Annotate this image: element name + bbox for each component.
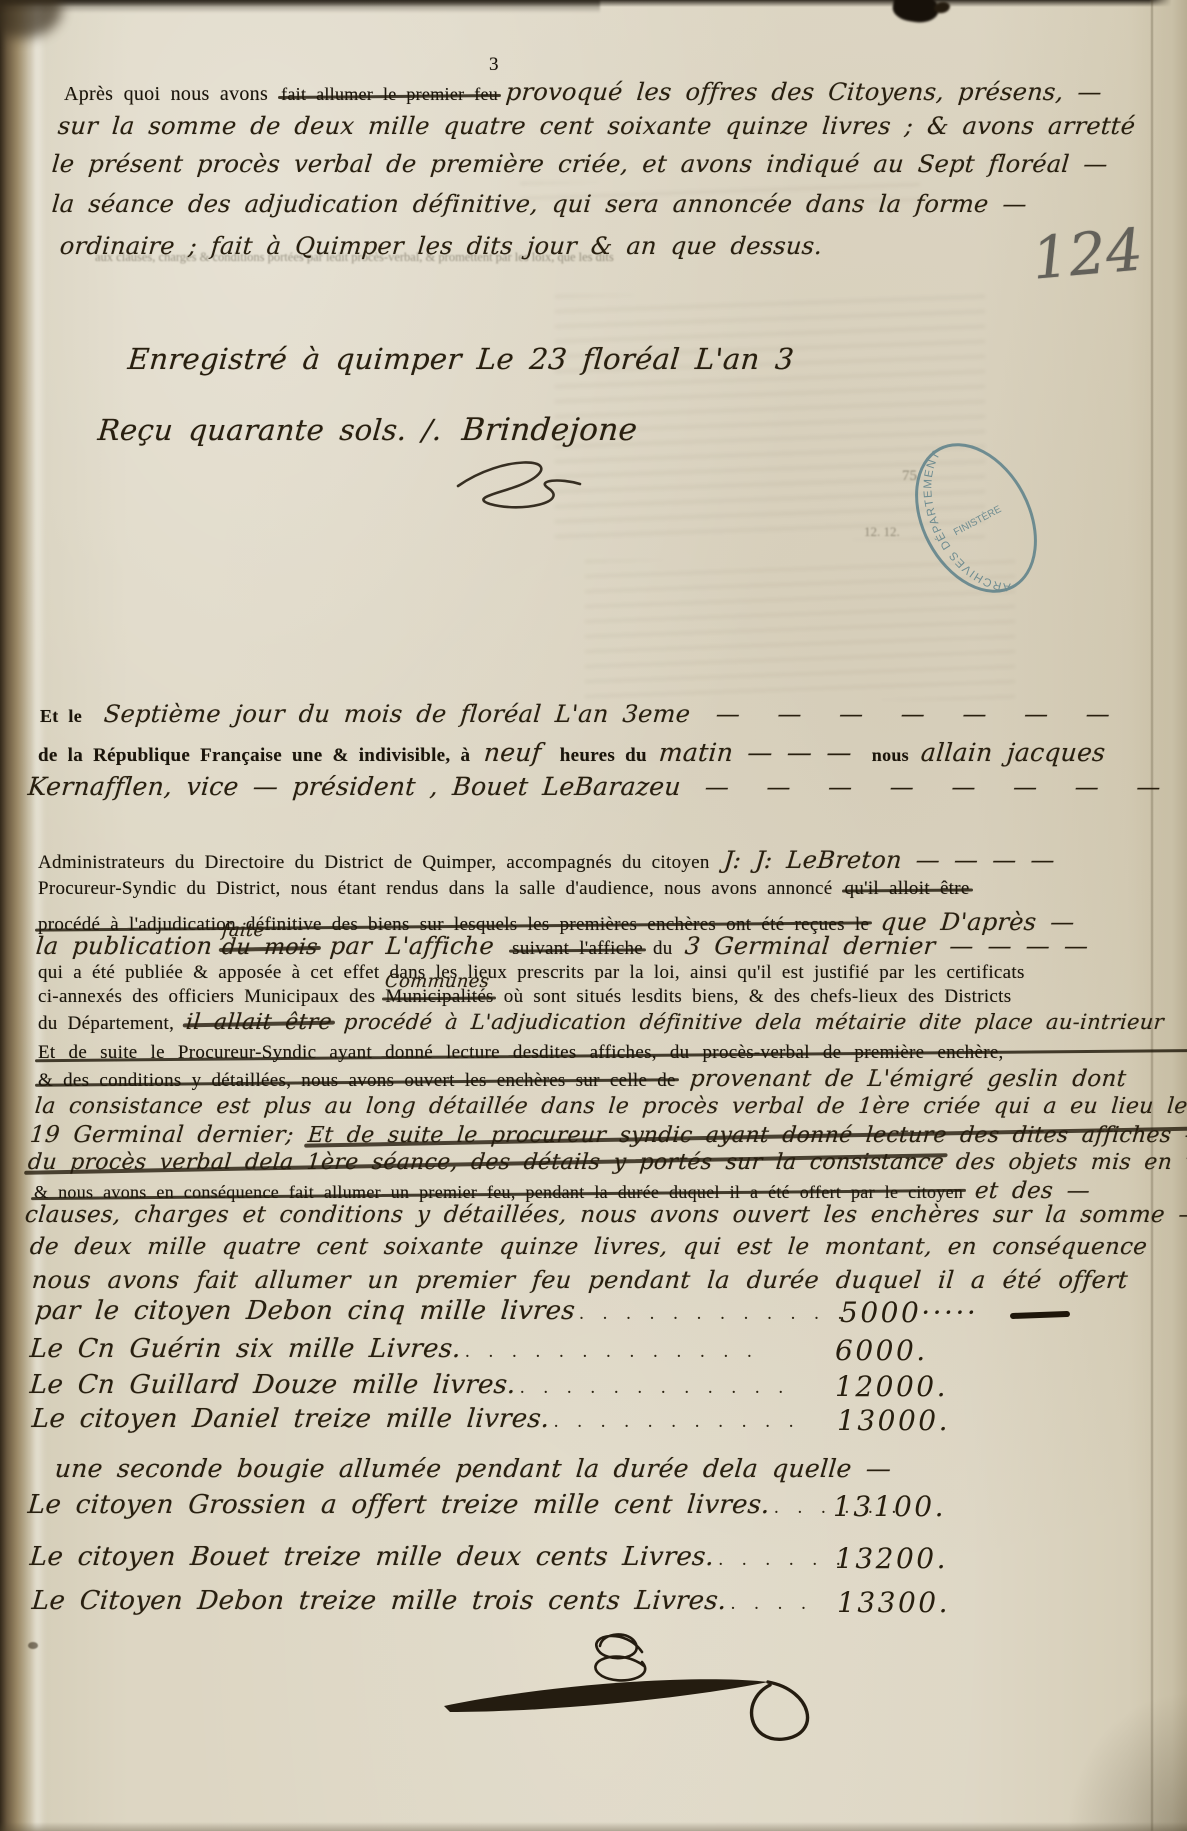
right-page-edge [1149,0,1187,1831]
printed-republique: de la République Française une & indivis… [38,745,470,766]
body-line-7: du Département, il allait être procédé à… [38,1010,1164,1035]
opening-handwritten: provoqué les offres des Citoyens, présen… [505,78,1103,106]
bid-label: Le citoyen Bouet treize mille deux cents… [29,1542,716,1572]
bid-row: Le Cn Guillard Douze mille livres. . . .… [30,1370,1130,1400]
bid-amount: 6000. [835,1334,928,1367]
body-hw: 3 Germinal dernier — — — — [683,932,1089,960]
bid-label: Le Cn Guillard Douze mille livres. [29,1370,518,1400]
opening-line-4: la séance des adjudication définitive, q… [51,190,1028,218]
right-edge-crease [1151,0,1153,1831]
dot-leaders: . . . . . . . . . . . . [579,1303,849,1324]
paraph-flourish [430,1622,890,1757]
hw-name-b: Kernafflen, vice — président , Bouet LeB… [27,772,682,801]
body-printed: Administrateurs du Directoire du Distric… [38,852,710,873]
body-line-4: la publication du mois faite par L'affic… [36,932,1088,960]
bid-amount: 12000. [835,1370,948,1403]
signature-flourish [440,452,600,514]
bid-amount: 13300. [837,1586,950,1619]
bottom-edge-shadow [0,1822,1187,1831]
corner-top-left-shadow [0,0,62,38]
body-line-11: 19 Germinal dernier; Et de suite le proc… [30,1122,1187,1148]
body-line-6: ci-annexés des officiers Municipaux des … [38,986,1011,1008]
hw-hour: neuf [483,738,543,767]
body-line-8: Et de suite le Procureur-Syndic ayant do… [38,1042,1187,1064]
inserted-word: Communes [384,971,490,992]
body-line-15: de deux mille quatre cent soixante quinz… [29,1234,1148,1260]
stamp-inner-text: FINISTÈRE [951,502,1004,538]
hw-matin: matin — — — [658,738,853,767]
bid-row: Le citoyen Bouet treize mille deux cents… [30,1542,1130,1572]
body-printed: du [653,938,673,959]
body-struck-hw: Et de suite le procureur syndic ayant do… [307,1123,1187,1148]
filler-dashes: — — — — — — — [715,700,1113,728]
date-line-2: de la République Française une & indivis… [38,738,1105,767]
body-hw: J: J: LeBreton — — — — [722,846,1055,874]
bid-row: Le Citoyen Debon treize mille trois cent… [32,1586,1132,1616]
paper-tear [891,0,941,25]
bid-label: Le Citoyen Debon treize mille trois cent… [31,1586,728,1616]
manuscript-page: aux clauses, charges & conditions portée… [0,0,1187,1831]
body-hw: la publication [35,932,214,960]
body-hw: des objets mis en vente [955,1150,1187,1175]
opening-line-3: le présent procès verbal de première cri… [51,150,1109,178]
printed-heures: heures du [560,745,647,766]
body-printed: du Département, [38,1013,174,1034]
hw-name-a: allain jacques [920,738,1107,767]
dot-leaders: . . . . . . [718,1549,847,1570]
body-struck-hw: du procès verbal dela 1ère séance, des d… [27,1150,945,1175]
bid-row: par le citoyen Debon cinq mille livres .… [35,1296,1135,1326]
body-struck: & des conditions y détaillées, nous avon… [38,1070,676,1091]
bid-amount: 5000····· [840,1296,978,1329]
body-line-5: qui a été publiée & apposée à cet effet … [38,962,1025,984]
dot-leaders: . . . . [731,1593,813,1614]
bid-row: Le Cn Guérin six mille Livres. . . . . .… [30,1334,1130,1364]
body-line-12: du procès verbal dela 1ère séance, des d… [28,1150,1187,1175]
bleedthrough-number-2: 12. 12. [864,524,900,540]
opening-struck-printed: fait allumer le premier feu [281,84,498,104]
bid-amount: 13100. [833,1490,946,1523]
sheet-number: 3 [489,54,499,76]
registration-line: Enregistré à quimper Le 23 floréal L'an … [127,342,796,376]
bid-label: Le citoyen Daniel treize mille livres. [31,1404,551,1434]
opening-line-2: sur la somme de deux mille quatre cent s… [57,112,1137,140]
hw-date: Septième jour du mois de floréal L'an 3e… [103,700,692,728]
corner-bottom-right-shadow [1057,1681,1187,1831]
body-line-2: Procureur-Syndic du District, nous étant… [38,878,970,900]
printed-et-le: Et le [40,706,82,726]
bid-label: Le Cn Guérin six mille Livres. [29,1334,463,1364]
dot-leaders: . . . . . . . . . . . . [520,1377,790,1398]
dot-leaders: . . . . . . . . . . . [554,1411,801,1432]
body-struck: qu'il alloit être [845,878,970,899]
bid-label: par le citoyen Debon cinq mille livres [34,1296,577,1326]
date-line-1: Et le Septième jour du mois de floréal L… [40,700,1112,728]
body-hw: et des — [974,1178,1091,1204]
body-line-1: Administrateurs du Directoire du Distric… [38,846,1055,874]
bid-row: Le citoyen Grossien a offert treize mill… [28,1490,1128,1520]
struck-with-insert: du mois faite [216,935,318,960]
opening-line-1: Après quoi nous avons fait allumer le pr… [64,78,1102,106]
struck-with-insert: Municipalités Communes [379,986,493,1008]
registrar-signature: Brindejone [460,412,638,448]
body-hw: procédé à L'adjudication définitive dela… [343,1010,1165,1034]
folio-number: 124 [1029,215,1145,292]
body-line-14: clauses, charges et conditions y détaill… [24,1202,1187,1228]
top-edge-shadow-left [0,0,600,13]
filler-dashes-2: — — — — — — — — [704,773,1164,801]
bid-row: Le citoyen Daniel treize mille livres. .… [32,1404,1132,1434]
printed-nous: nous [872,745,909,765]
dot-leaders: . . . . . . . . . . . . . [465,1341,759,1362]
inserted-word: faite [221,920,265,941]
receipt-text: Reçu quarante sols. /. [97,413,444,447]
body-hw: provenant de L'émigré geslin dont [689,1066,1128,1092]
body-struck: & nous avons en conséquence fait allumer… [34,1182,963,1202]
bid-amount: 13000. [837,1404,950,1437]
bid-label: Le citoyen Grossien a offert treize mill… [27,1490,772,1520]
body-line-9: & des conditions y détaillées, nous avon… [38,1066,1126,1092]
date-line-3: Kernafflen, vice — président , Bouet LeB… [28,772,1162,801]
body-line-10: la consistance est plus au long détaillé… [34,1094,1187,1119]
registration-receipt-line: Reçu quarante sols. /. Brindejone [98,412,637,448]
ink-dash [1010,1311,1070,1319]
body-line-13: & nous avons en conséquence fait allumer… [34,1178,1090,1204]
body-struck-hw: il allait être [185,1010,333,1035]
body-printed: où sont situés lesdits biens, & des chef… [504,986,1012,1007]
bid-amount: 13200. [835,1542,948,1575]
body-struck: suivant l'affiche [512,938,643,959]
body-printed: Procureur-Syndic du District, nous étant… [38,878,833,899]
body-line-16: nous avons fait allumer un premier feu p… [31,1266,1129,1294]
ink-speck [28,1642,38,1649]
second-candle-line: une seconde bougie allumée pendant la du… [54,1454,893,1483]
opening-line-5: ordinaire ; fait à Quimper les dits jour… [59,232,824,260]
body-hw: par L'affiche [329,932,496,960]
body-printed: ci-annexés des officiers Municipaux des [38,986,375,1007]
body-hw: 19 Germinal dernier; [29,1122,295,1148]
opening-printed: Après quoi nous avons [64,83,268,105]
